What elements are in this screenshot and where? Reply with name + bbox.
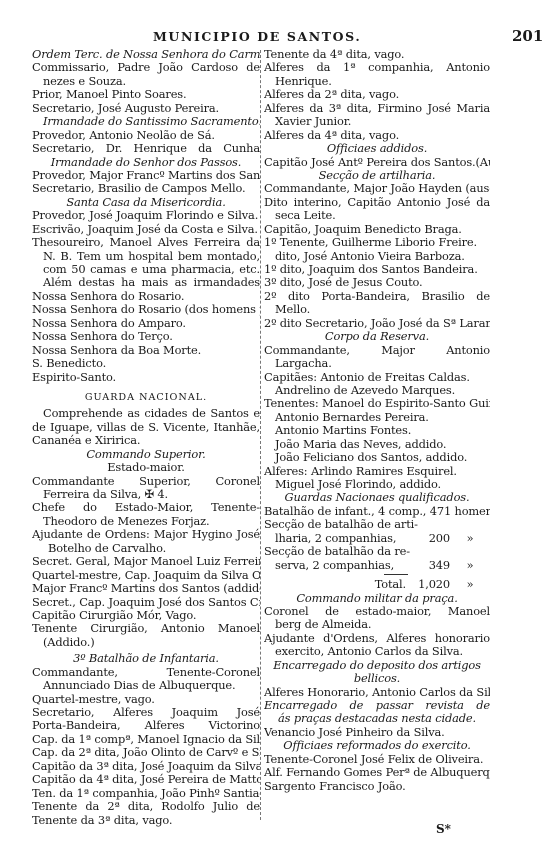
section-heading: Ordem Terc. de Nossa Senhora do Carmo. (32, 48, 260, 61)
text-line: Alferes: Arlindo Ramires Esquirel. (264, 465, 490, 478)
text-line: Alferes da 4ª dita, vago. (264, 129, 490, 142)
text-line: Tenente da 2ª dita, Rodolfo Julio de Bal… (32, 800, 260, 813)
spacer (32, 384, 260, 391)
text-line: Secret., Cap. Joaquim José dos Santos Cr… (32, 596, 260, 609)
page-number: 201 (512, 27, 543, 45)
text-line: Xavier Junior. (264, 115, 490, 128)
text-line: Escrivão, Joaquim José da Costa e Silva. (32, 223, 260, 236)
text-line: Nossa Senhora do Terço. (32, 330, 260, 343)
text-line: Porta-Bandeira, Alferes Victorino Porcha… (32, 719, 260, 732)
stat-row: lharia, 2 companhias,200» (264, 532, 490, 545)
text-line: 1º Tenente, Guilherme Liborio Freire. (264, 236, 490, 249)
text-line: Largacha. (264, 357, 490, 370)
text-line: exercito, Antonio Carlos da Silva. (264, 645, 490, 658)
text-line: Estado-maior. (32, 461, 260, 474)
text-line: Secretario, José Augusto Pereira. (32, 102, 260, 115)
row-label: lharia, 2 companhias, (275, 532, 414, 545)
text-line: Miguel José Florindo, addido. (264, 478, 490, 491)
text-line: Chefe do Estado-Maior, Tenente-Coronel (32, 501, 260, 514)
text-line: Tenente-Coronel José Felix de Oliveira. (264, 753, 490, 766)
row-ditto: » (450, 578, 490, 591)
text-line: João Feliciano dos Santos, addido. (264, 451, 490, 464)
text-line: Alferes da 2ª dita, vago. (264, 88, 490, 101)
text-line: Theodoro de Menezes Forjaz. (32, 515, 260, 528)
text-line: Major Francº Martins dos Santos (addido)… (32, 582, 260, 595)
text-line: Secção de batalhão de arti- (264, 518, 490, 531)
text-line: Alferes Honorario, Antonio Carlos da Sil… (264, 686, 490, 699)
left-column: Ordem Terc. de Nossa Senhora do Carmo.Co… (32, 48, 260, 827)
section-heading: Corpo da Reserva. (264, 330, 490, 343)
text-line: Capitão Cirurgião Mór, Vago. (32, 609, 260, 622)
text-line: Capitão, Joaquim Benedicto Braga. (264, 223, 490, 236)
text-line: Henrique. (264, 75, 490, 88)
text-line: Secretario, Brasilio de Campos Mello. (32, 182, 260, 195)
text-line: Tenente Cirurgião, Antonio Manoel Picudo… (32, 622, 260, 635)
section-heading: Officiaes addidos. (264, 142, 490, 155)
section-heading: Irmandade do Santissimo Sacramento. (32, 115, 260, 128)
text-line: Coronel de estado-maior, Manoel Rolem- (264, 605, 490, 618)
text-line: Thesoureiro, Manoel Alves Ferreira da Sª… (32, 236, 260, 249)
section-heading: bellicos. (264, 672, 490, 685)
text-line: Nossa Senhora da Boa Morte. (32, 344, 260, 357)
text-line: Secretario, Alferes Joaquim José Teixeir… (32, 706, 260, 719)
text-line: 3º dito, José de Jesus Couto. (264, 276, 490, 289)
text-line: de Iguape, villas de S. Vicente, Itanhãe… (32, 421, 260, 434)
right-column: Tenente da 4ª dita, vago.Alferes da 1ª c… (264, 48, 490, 793)
row-value: 349 (414, 559, 450, 572)
text-line: com 50 camas e uma pharmacia, etc. (32, 263, 260, 276)
text-line: 1º dito, Joaquim dos Santos Bandeira. (264, 263, 490, 276)
text-line: Ajudante d'Ordens, Alferes honorario do (264, 632, 490, 645)
text-line: N. B. Tem um hospital bem montado, (32, 250, 260, 263)
text-line: Quartel-mestre, vago. (32, 693, 260, 706)
text-line: Tenente da 4ª dita, vago. (264, 48, 490, 61)
text-line: Antonio Martins Fontes. (264, 424, 490, 437)
text-line: Commissario, Padre João Cardoso de Me- (32, 61, 260, 74)
text-line: Provedor, Major Francº Martins dos Santo… (32, 169, 260, 182)
section-heading: Encarregado de passar revista de mostra (264, 699, 490, 712)
text-line: Capitão da 3ª dita, José Joaquim da Silv… (32, 760, 260, 773)
column-divider (260, 50, 262, 820)
text-line: Prior, Manoel Pinto Soares. (32, 88, 260, 101)
text-line: S. Benedicto. (32, 357, 260, 370)
text-line: (Addido.) (32, 636, 260, 649)
row-label: Total. (264, 578, 414, 591)
row-value: 200 (414, 532, 450, 545)
section-heading: Santa Casa da Misericordia. (32, 196, 260, 209)
total-row: Total.1,020» (264, 578, 490, 591)
text-line: Provedor, Antonio Neolão de Sá. (32, 129, 260, 142)
signature-mark: S* (436, 822, 451, 836)
section-heading: 3º Batalhão de Infantaria. (32, 652, 260, 665)
page-header: MUNICIPIO DE SANTOS. 201 (0, 27, 550, 47)
text-line: Batalhão de infant., 4 comp., 471 homens… (264, 505, 490, 518)
text-line: Secret. Geral, Major Manoel Luiz Ferreir… (32, 555, 260, 568)
text-line: Secretario, Dr. Henrique da Cunha Morᵉ. (32, 142, 260, 155)
section-heading: Secção de artilharia. (264, 169, 490, 182)
text-line: Nossa Senhora do Rosario (dos homens pre… (32, 303, 260, 316)
text-line: Capitão José Antº Pereira dos Santos.(Au… (264, 156, 490, 169)
section-heading: Commando Superior. (32, 448, 260, 461)
text-line: Antonio Bernardes Pereira. (264, 411, 490, 424)
text-line: Tenente da 3ª dita, vago. (32, 814, 260, 827)
row-value: 1,020 (414, 578, 450, 591)
text-line: Tenentes: Manoel do Espirito-Santo Guim.… (264, 397, 490, 410)
text-line: Alferes da 1ª companhia, Antonio Freire (264, 61, 490, 74)
text-line: Provedor, José Joaquim Florindo e Silva. (32, 209, 260, 222)
text-line: Quartel-mestre, Cap. Joaquim da Silva Ol… (32, 569, 260, 582)
text-line: nezes e Souza. (32, 75, 260, 88)
stat-row: serva, 2 companhias,349» (264, 559, 490, 572)
text-line: Commandante, Tenente-Coronel Candido (32, 666, 260, 679)
text-line: Nossa Senhora do Amparo. (32, 317, 260, 330)
text-line: Andrelino de Azevedo Marques. (264, 384, 490, 397)
text-line: Venancio José Pinheiro da Silva. (264, 726, 490, 739)
section-heading: ás praças destacadas nesta cidade. (264, 712, 490, 725)
text-line: Capitão da 4ª dita, José Pereira de Matt… (32, 773, 260, 786)
text-line: Alferes da 3ª dita, Firmino José Maria (264, 102, 490, 115)
text-line: seca Leite. (264, 209, 490, 222)
text-line: Cap. da 2ª dita, João Olinto de Carvº e … (32, 746, 260, 759)
running-title: MUNICIPIO DE SANTOS. (153, 29, 361, 44)
section-title: GUARDA NACIONAL. (32, 391, 260, 404)
row-label: serva, 2 companhias, (275, 559, 414, 572)
row-ditto: » (450, 559, 490, 572)
section-heading: Irmandade do Senhor dos Passos. (32, 156, 260, 169)
text-line: 2º dito Secretario, João José da Sª Lara… (264, 317, 490, 330)
text-line: Comprehende as cidades de Santos e (32, 407, 260, 420)
section-heading: Encarregado do deposito dos artigos (264, 659, 490, 672)
text-line: Mello. (264, 303, 490, 316)
text-line: Botelho de Carvalho. (32, 542, 260, 555)
total-rule (264, 572, 490, 578)
text-line: Nossa Senhora do Rosario. (32, 290, 260, 303)
text-line: Além destas ha mais as irmandades de: (32, 276, 260, 289)
text-line: 2º dito Porta-Bandeira, Brasilio de Camp… (264, 290, 490, 303)
text-line: Espirito-Santo. (32, 371, 260, 384)
text-line: Commandante, Major João Hayden (ausente)… (264, 182, 490, 195)
text-line: dito, José Antonio Vieira Barboza. (264, 250, 490, 263)
text-line: Cap. da 1ª compª, Manoel Ignacio da Silv… (32, 733, 260, 746)
text-line: Ten. da 1ª companhia, João Pinhº Santiag… (32, 787, 260, 800)
text-line: Dito interino, Capitão Antonio José da F… (264, 196, 490, 209)
text-line: Capitães: Antonio de Freitas Caldas. (264, 371, 490, 384)
text-line: Annunciado Dias de Albuquerque. (32, 679, 260, 692)
text-line: Secção de batalhão da re- (264, 545, 490, 558)
text-line: João Maria das Neves, addido. (264, 438, 490, 451)
text-line: berg de Almeida. (264, 618, 490, 631)
row-ditto: » (450, 532, 490, 545)
text-line: Commandante, Major Antonio Eustachio (264, 344, 490, 357)
section-heading: Guardas Nacionaes qualificados. (264, 491, 490, 504)
text-line: Alf. Fernando Gomes Perª de Albuquerque. (264, 766, 490, 779)
text-line: Commandante Superior, Coronel Antonio (32, 475, 260, 488)
text-line: Sargento Francisco João. (264, 780, 490, 793)
text-line: Ajudante de Ordens: Major Hygino José (32, 528, 260, 541)
text-line: Ferreira da Silva, ✠ 4. (32, 488, 260, 501)
section-heading: Officiaes reformados do exercito. (264, 739, 490, 752)
section-heading: Commando militar da praça. (264, 592, 490, 605)
text-line: Cananéa e Xiririca. (32, 434, 260, 447)
